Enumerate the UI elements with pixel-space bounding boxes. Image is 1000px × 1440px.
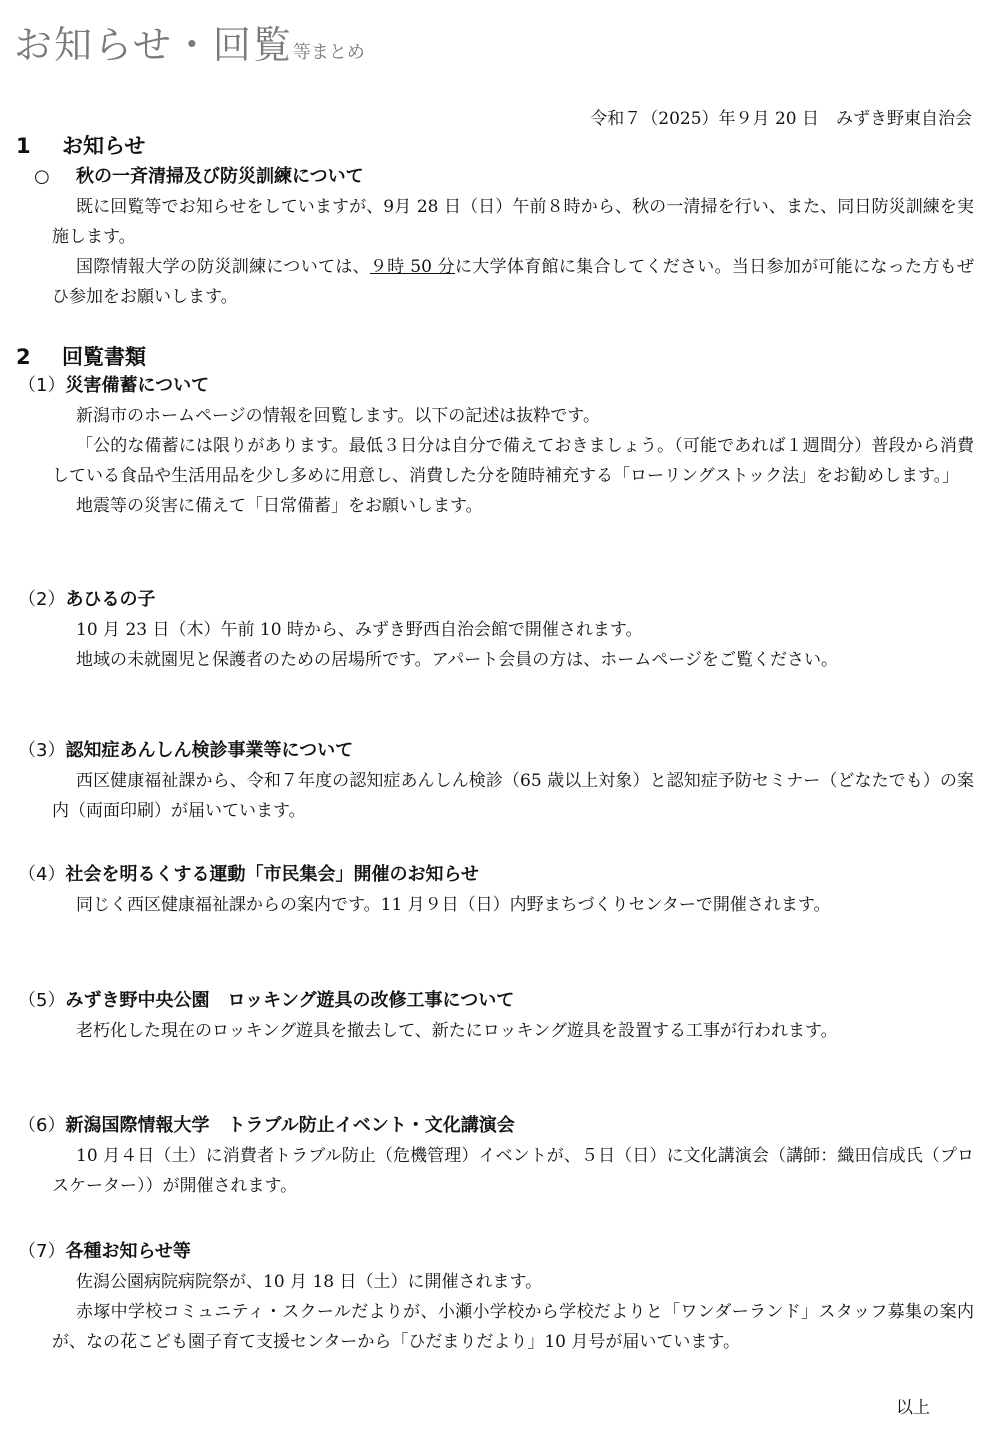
paragraph: 同じく西区健康福祉課からの案内です。11 月９日（日）内野まちづくりセンターで開… (52, 890, 974, 920)
item-number: （6） (18, 1111, 65, 1141)
paragraph: 「公的な備蓄には限りがあります。最低３日分は自分で備えておきましょう。（可能であ… (52, 431, 974, 491)
item-number: （5） (18, 986, 65, 1016)
item-title: 認知症あんしん検診事業等について (65, 740, 353, 761)
item-heading: ○秋の一斉清掃及び防災訓練について (34, 162, 1000, 192)
issue-date: 令和７（2025）年９月 20 日 (590, 109, 819, 129)
item-number: （3） (18, 736, 65, 766)
item-title: 社会を明るくする運動「市民集会」開催のお知らせ (65, 864, 478, 885)
paragraph: 西区健康福祉課から、令和７年度の認知症あんしん検診（65 歳以上対象）と認知症予… (52, 766, 974, 826)
underlined-time: ９時 50 分 (370, 257, 455, 277)
circular-item-7: （7）各種お知らせ等 佐潟公園病院病院祭が、10 月 18 日（土）に開催されま… (0, 1237, 1000, 1357)
paragraph: 既に回覧等でお知らせをしていますが、9月 28 日（日）午前８時から、秋の一清掃… (52, 192, 974, 252)
section-heading: 1お知らせ (16, 130, 1000, 162)
circular-item-3: （3）認知症あんしん検診事業等について 西区健康福祉課から、令和７年度の認知症あ… (0, 736, 1000, 826)
item-number: （2） (18, 585, 65, 615)
text: 国際情報大学の防災訓練については、 (76, 257, 370, 277)
section-notices: 1お知らせ ○秋の一斉清掃及び防災訓練について 既に回覧等でお知らせをしています… (0, 130, 1000, 312)
paragraph: 赤塚中学校コミュニティ・スクールだよりが、小瀬小学校から学校だよりと「ワンダーラ… (52, 1297, 974, 1357)
circular-item-5: （5）みずき野中央公園 ロッキング遊具の改修工事について 老朽化した現在のロッキ… (0, 986, 1000, 1046)
item-title: 各種お知らせ等 (65, 1241, 190, 1262)
item-title: 秋の一斉清掃及び防災訓練について (76, 166, 364, 187)
paragraph: 佐潟公園病院病院祭が、10 月 18 日（土）に開催されます。 (52, 1267, 974, 1297)
section-title: お知らせ (62, 134, 145, 158)
section-title: 回覧書類 (62, 345, 146, 369)
paragraph: 10 月４日（土）に消費者トラブル防止（危機管理）イベントが、５日（日）に文化講… (52, 1141, 974, 1201)
item-title: 災害備蓄について (65, 375, 209, 396)
organization-name: みずき野東自治会 (836, 109, 972, 129)
item-heading: （5）みずき野中央公園 ロッキング遊具の改修工事について (18, 986, 1000, 1016)
item-title: 新潟国際情報大学 トラブル防止イベント・文化講演会 (65, 1115, 514, 1136)
document-title: お知らせ・回覧等まとめ (14, 14, 365, 69)
item-number: （1） (18, 371, 65, 401)
item-number: （7） (18, 1237, 65, 1267)
item-heading: （1）災害備蓄について (18, 371, 1000, 401)
paragraph: 国際情報大学の防災訓練については、９時 50 分に大学体育館に集合してください。… (52, 252, 974, 312)
circular-item-6: （6）新潟国際情報大学 トラブル防止イベント・文化講演会 10 月４日（土）に消… (0, 1111, 1000, 1201)
title-main: お知らせ・回覧 (14, 23, 293, 67)
bullet-icon: ○ (34, 162, 76, 192)
circular-item-4: （4）社会を明るくする運動「市民集会」開催のお知らせ 同じく西区健康福祉課からの… (0, 860, 1000, 920)
section-number: 2 (16, 341, 62, 373)
section-number: 1 (16, 130, 62, 162)
item-heading: （4）社会を明るくする運動「市民集会」開催のお知らせ (18, 860, 1000, 890)
title-sub: 等まとめ (293, 42, 365, 63)
item-heading: （7）各種お知らせ等 (18, 1237, 1000, 1267)
paragraph: 新潟市のホームページの情報を回覧します。以下の記述は抜粋です。 (52, 401, 974, 431)
paragraph: 地域の未就園児と保護者のための居場所です。アパート会員の方は、ホームページをご覧… (52, 645, 974, 675)
section-circulars: 2回覧書類 (0, 341, 1000, 373)
item-title: あひるの子 (65, 589, 155, 610)
item-heading: （6）新潟国際情報大学 トラブル防止イベント・文化講演会 (18, 1111, 1000, 1141)
section-heading: 2回覧書類 (16, 341, 1000, 373)
circular-item-1: （1）災害備蓄について 新潟市のホームページの情報を回覧します。以下の記述は抜粋… (0, 371, 1000, 521)
paragraph: 10 月 23 日（木）午前 10 時から、みずき野西自治会館で開催されます。 (52, 615, 974, 645)
item-heading: （3）認知症あんしん検診事業等について (18, 736, 1000, 766)
paragraph: 老朽化した現在のロッキング遊具を撤去して、新たにロッキング遊具を設置する工事が行… (52, 1016, 974, 1046)
dateline: 令和７（2025）年９月 20 日 みずき野東自治会 (590, 104, 972, 129)
circular-item-2: （2）あひるの子 10 月 23 日（木）午前 10 時から、みずき野西自治会館… (0, 585, 1000, 675)
paragraph: 地震等の災害に備えて「日常備蓄」をお願いします。 (52, 491, 974, 521)
item-number: （4） (18, 860, 65, 890)
closing-mark: 以上 (896, 1393, 930, 1418)
item-heading: （2）あひるの子 (18, 585, 1000, 615)
item-title: みずき野中央公園 ロッキング遊具の改修工事について (65, 990, 514, 1011)
